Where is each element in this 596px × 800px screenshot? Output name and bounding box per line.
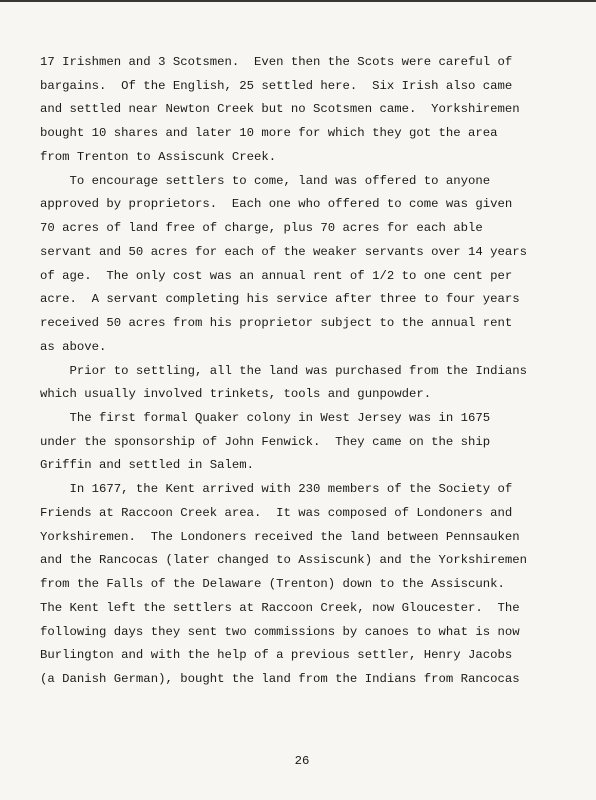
- text-line: The Kent left the settlers at Raccoon Cr…: [40, 597, 580, 621]
- text-line: following days they sent two commissions…: [40, 621, 580, 645]
- text-line: from Trenton to Assiscunk Creek.: [40, 146, 580, 170]
- text-line: of age. The only cost was an annual rent…: [40, 265, 580, 289]
- body-text: 17 Irishmen and 3 Scotsmen. Even then th…: [40, 51, 580, 692]
- text-line: The first formal Quaker colony in West J…: [40, 407, 580, 431]
- text-line: (a Danish German), bought the land from …: [40, 668, 580, 692]
- text-line: Yorkshiremen. The Londoners received the…: [40, 526, 580, 550]
- text-line: 70 acres of land free of charge, plus 70…: [40, 217, 580, 241]
- text-line: servant and 50 acres for each of the wea…: [40, 241, 580, 265]
- page-number: 26: [0, 754, 596, 768]
- text-line: acre. A servant completing his service a…: [40, 288, 580, 312]
- text-line: received 50 acres from his proprietor su…: [40, 312, 580, 336]
- document-page: 17 Irishmen and 3 Scotsmen. Even then th…: [0, 0, 596, 800]
- text-line: bought 10 shares and later 10 more for w…: [40, 122, 580, 146]
- text-line: and the Rancocas (later changed to Assis…: [40, 549, 580, 573]
- text-line: 17 Irishmen and 3 Scotsmen. Even then th…: [40, 51, 580, 75]
- text-line: To encourage settlers to come, land was …: [40, 170, 580, 194]
- text-line: from the Falls of the Delaware (Trenton)…: [40, 573, 580, 597]
- text-line: In 1677, the Kent arrived with 230 membe…: [40, 478, 580, 502]
- text-line: Prior to settling, all the land was purc…: [40, 360, 580, 384]
- text-line: which usually involved trinkets, tools a…: [40, 383, 580, 407]
- text-line: approved by proprietors. Each one who of…: [40, 193, 580, 217]
- text-line: and settled near Newton Creek but no Sco…: [40, 98, 580, 122]
- text-line: Griffin and settled in Salem.: [40, 454, 580, 478]
- text-line: Burlington and with the help of a previo…: [40, 644, 580, 668]
- text-line: bargains. Of the English, 25 settled her…: [40, 75, 580, 99]
- text-line: under the sponsorship of John Fenwick. T…: [40, 431, 580, 455]
- text-line: as above.: [40, 336, 580, 360]
- text-line: Friends at Raccoon Creek area. It was co…: [40, 502, 580, 526]
